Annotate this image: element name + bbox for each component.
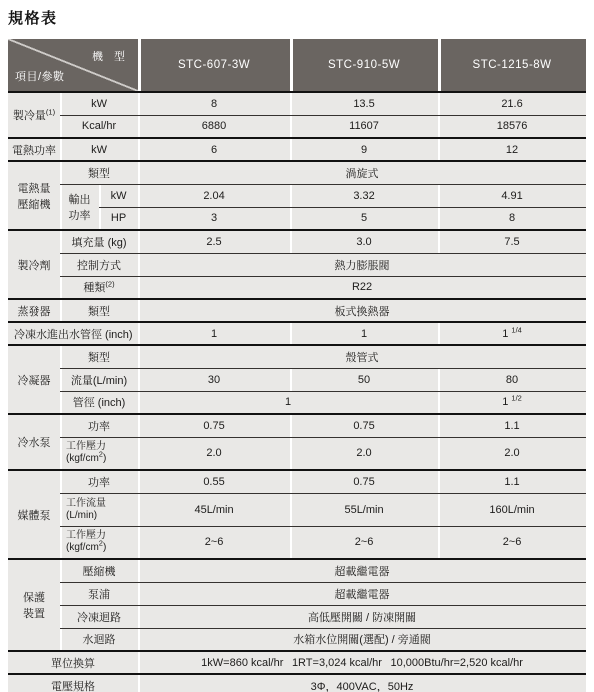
row-sub-label: 種類(2) (60, 276, 138, 299)
spec-value: 50 (290, 368, 438, 391)
row-sub-label: kW (60, 138, 138, 161)
model-column-header: STC-1215-8W (438, 39, 586, 92)
table-row: 泵浦超載繼電器 (8, 582, 586, 605)
table-row: 流量(L/min)305080 (8, 368, 586, 391)
model-column-header: STC-910-5W (290, 39, 438, 92)
row-label: 單位換算 (8, 651, 138, 674)
row-group-label: 冷水泵 (8, 414, 60, 470)
spec-value: 13.5 (290, 92, 438, 115)
row-sub-label: 冷凍迴路 (60, 605, 138, 628)
row-sub-label: 輸出功率 (60, 184, 99, 230)
spec-value: 0.75 (290, 414, 438, 437)
page-title: 規格表 (8, 7, 594, 28)
row-sub-label: 控制方式 (60, 253, 138, 276)
spec-value: 55L/min (290, 493, 438, 526)
row-sub-label: 類型 (60, 299, 138, 322)
table-row: 蒸發器類型板式換熱器 (8, 299, 586, 322)
spec-value: 6 (138, 138, 290, 161)
row-sub-label: 類型 (60, 345, 138, 368)
spec-value: 4.91 (438, 184, 586, 207)
table-row: 冷凍迴路高低壓開關 / 防凍開關 (8, 605, 586, 628)
spec-value: 超載繼電器 (138, 582, 586, 605)
table-header-row: 機 型 項目/參數 STC-607-3WSTC-910-5WSTC-1215-8… (8, 39, 586, 92)
spec-value: 0.55 (138, 470, 290, 493)
row-sub-label: 流量(L/min) (60, 368, 138, 391)
spec-value: 9 (290, 138, 438, 161)
row-sub-label: 工作壓力(kgf/cm2) (60, 437, 138, 470)
spec-value: 3Φ，400VAC，50Hz (138, 674, 586, 692)
row-label: 電壓規格 (8, 674, 138, 692)
table-row: 冷凝器類型殼管式 (8, 345, 586, 368)
row-sub-label: HP (99, 207, 138, 230)
spec-value: 高低壓開關 / 防凍開關 (138, 605, 586, 628)
diagonal-header-cell: 機 型 項目/參數 (8, 39, 138, 92)
row-sub-label: 工作流量(L/min) (60, 493, 138, 526)
row-group-label: 蒸發器 (8, 299, 60, 322)
row-label: 冷凍水進出水管徑 (inch) (8, 322, 138, 345)
table-row: 輸出功率kW2.043.324.91 (8, 184, 586, 207)
row-sub-label: 管徑 (inch) (60, 391, 138, 414)
header-model-label: 機 型 (92, 48, 129, 64)
spec-value: 2.04 (138, 184, 290, 207)
table-row: Kcal/hr68801160718576 (8, 115, 586, 138)
row-sub-label: 類型 (60, 161, 138, 184)
table-row: 電壓規格3Φ，400VAC，50Hz (8, 674, 586, 692)
spec-value: 水箱水位開關(選配) / 旁通閥 (138, 628, 586, 651)
spec-value: 1.1 (438, 470, 586, 493)
spec-value: 2.5 (138, 230, 290, 253)
spec-value: 12 (438, 138, 586, 161)
row-sub-label: kW (60, 92, 138, 115)
spec-value: 8 (438, 207, 586, 230)
row-group-label: 製冷量(1) (8, 92, 60, 138)
spec-value: 1 (290, 322, 438, 345)
table-row: 冷水泵功率0.750.751.1 (8, 414, 586, 437)
spec-value: 0.75 (290, 470, 438, 493)
spec-value: R22 (138, 276, 586, 299)
row-group-label: 製冷劑 (8, 230, 60, 299)
spec-value: 超載繼電器 (138, 559, 586, 582)
row-sub-label: Kcal/hr (60, 115, 138, 138)
table-row: 冷凍水進出水管徑 (inch)111 1/4 (8, 322, 586, 345)
table-row: 電熱功率kW6912 (8, 138, 586, 161)
spec-value: 7.5 (438, 230, 586, 253)
spec-value: 2.0 (438, 437, 586, 470)
table-row: 工作壓力(kgf/cm2)2~62~62~6 (8, 526, 586, 559)
table-row: 電熱量壓縮機類型渦旋式 (8, 161, 586, 184)
spec-value: 殼管式 (138, 345, 586, 368)
row-sub-label: 功率 (60, 414, 138, 437)
spec-value: 2.0 (138, 437, 290, 470)
spec-value: 3.0 (290, 230, 438, 253)
spec-value: 1.1 (438, 414, 586, 437)
row-sub-label: 壓縮機 (60, 559, 138, 582)
spec-value: 1kW=860 kcal/hr 1RT=3,024 kcal/hr 10,000… (138, 651, 586, 674)
row-sub-label: 水迴路 (60, 628, 138, 651)
spec-value: 3.32 (290, 184, 438, 207)
spec-table: 機 型 項目/參數 STC-607-3WSTC-910-5WSTC-1215-8… (8, 39, 586, 692)
spec-value: 2~6 (138, 526, 290, 559)
spec-value: 1 1/2 (438, 391, 586, 414)
model-column-header: STC-607-3W (138, 39, 290, 92)
row-group-label: 電熱功率 (8, 138, 60, 161)
spec-value: 板式換熱器 (138, 299, 586, 322)
row-sub-label: 工作壓力(kgf/cm2) (60, 526, 138, 559)
row-sub-label: 功率 (60, 470, 138, 493)
row-group-label: 電熱量壓縮機 (8, 161, 60, 230)
table-row: 水迴路水箱水位開關(選配) / 旁通閥 (8, 628, 586, 651)
table-row: 種類(2)R22 (8, 276, 586, 299)
table-row: 保護裝置壓縮機超載繼電器 (8, 559, 586, 582)
spec-value: 21.6 (438, 92, 586, 115)
row-sub-label: kW (99, 184, 138, 207)
row-sub-label: 填充量 (kg) (60, 230, 138, 253)
spec-value: 160L/min (438, 493, 586, 526)
table-row: 控制方式熱力膨脹閥 (8, 253, 586, 276)
spec-value: 30 (138, 368, 290, 391)
spec-value: 6880 (138, 115, 290, 138)
spec-value: 18576 (438, 115, 586, 138)
table-row: 製冷量(1)kW813.521.6 (8, 92, 586, 115)
header-item-label: 項目/參數 (15, 68, 65, 84)
table-row: 管徑 (inch)11 1/2 (8, 391, 586, 414)
table-row: 工作壓力(kgf/cm2)2.02.02.0 (8, 437, 586, 470)
spec-value: 1 1/4 (438, 322, 586, 345)
spec-value: 5 (290, 207, 438, 230)
spec-value: 11607 (290, 115, 438, 138)
table-row: 工作流量(L/min)45L/min55L/min160L/min (8, 493, 586, 526)
row-group-label: 媒體泵 (8, 470, 60, 559)
spec-value: 渦旋式 (138, 161, 586, 184)
row-group-label: 保護裝置 (8, 559, 60, 651)
row-group-label: 冷凝器 (8, 345, 60, 414)
spec-value: 1 (138, 391, 438, 414)
row-sub-label: 泵浦 (60, 582, 138, 605)
table-row: 製冷劑填充量 (kg)2.53.07.5 (8, 230, 586, 253)
spec-value: 0.75 (138, 414, 290, 437)
spec-value: 3 (138, 207, 290, 230)
spec-value: 1 (138, 322, 290, 345)
spec-value: 熱力膨脹閥 (138, 253, 586, 276)
spec-value: 2.0 (290, 437, 438, 470)
spec-value: 80 (438, 368, 586, 391)
spec-value: 2~6 (290, 526, 438, 559)
spec-value: 2~6 (438, 526, 586, 559)
spec-value: 45L/min (138, 493, 290, 526)
table-row: 媒體泵功率0.550.751.1 (8, 470, 586, 493)
spec-value: 8 (138, 92, 290, 115)
table-row: 單位換算1kW=860 kcal/hr 1RT=3,024 kcal/hr 10… (8, 651, 586, 674)
